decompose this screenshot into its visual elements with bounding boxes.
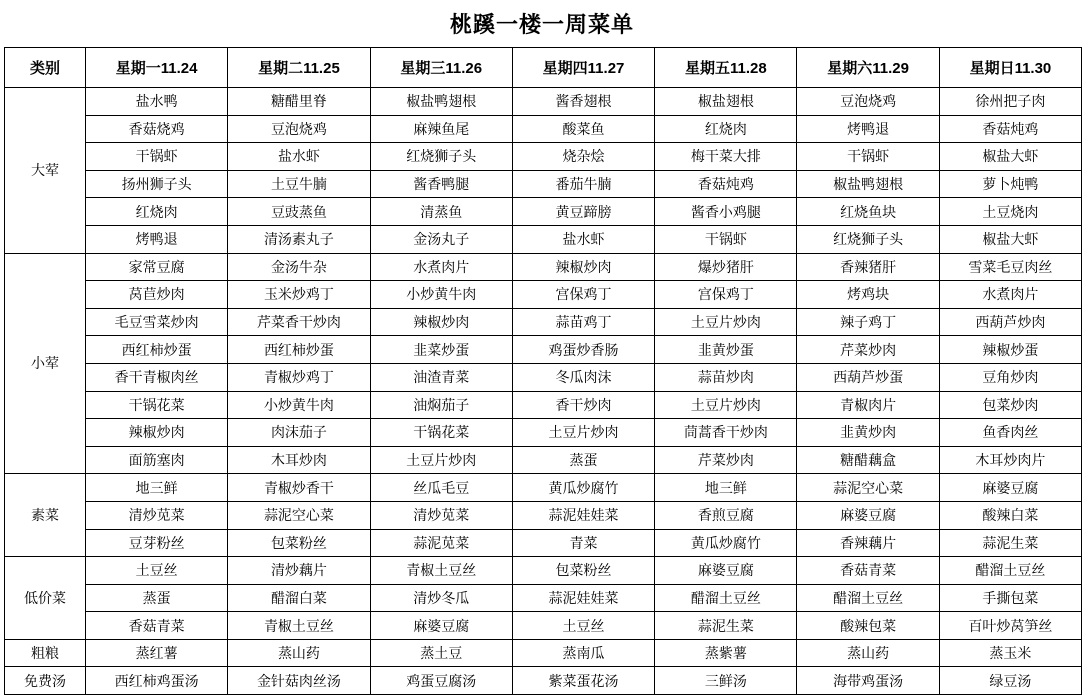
menu-row: 扬州狮子头土豆牛腩酱香鸭腿番茄牛腩香菇炖鸡椒盐鸭翅根萝卜炖鸭 xyxy=(5,170,1082,198)
dish-cell: 地三鲜 xyxy=(86,474,228,502)
dish-cell: 萝卜炖鸭 xyxy=(939,170,1081,198)
dish-cell: 蒸山药 xyxy=(797,639,939,667)
dish-cell: 小炒黄牛肉 xyxy=(228,391,370,419)
menu-row: 香菇青菜青椒土豆丝麻婆豆腐土豆丝蒜泥生菜酸辣包菜百叶炒莴笋丝 xyxy=(5,612,1082,640)
dish-cell: 豆角炒肉 xyxy=(939,363,1081,391)
menu-body: 大荤盐水鸭糖醋里脊椒盐鸭翅根酱香翅根椒盐翅根豆泡烧鸡徐州把子肉香菇烧鸡豆泡烧鸡麻… xyxy=(5,88,1082,695)
dish-cell: 烤鸭退 xyxy=(86,225,228,253)
dish-cell: 烧杂烩 xyxy=(512,143,654,171)
category-cell: 粗粮 xyxy=(5,639,86,667)
dish-cell: 青椒土豆丝 xyxy=(228,612,370,640)
menu-row: 香菇烧鸡豆泡烧鸡麻辣鱼尾酸菜鱼红烧肉烤鸭退香菇炖鸡 xyxy=(5,115,1082,143)
dish-cell: 面筋塞肉 xyxy=(86,446,228,474)
dish-cell: 百叶炒莴笋丝 xyxy=(939,612,1081,640)
dish-cell: 烤鸭退 xyxy=(797,115,939,143)
dish-cell: 紫菜蛋花汤 xyxy=(512,667,654,695)
dish-cell: 盐水鸭 xyxy=(86,88,228,116)
dish-cell: 黄豆蹄膀 xyxy=(512,198,654,226)
dish-cell: 黄瓜炒腐竹 xyxy=(512,474,654,502)
dish-cell: 扬州狮子头 xyxy=(86,170,228,198)
dish-cell: 青椒炒鸡丁 xyxy=(228,363,370,391)
dish-cell: 香煎豆腐 xyxy=(655,501,797,529)
dish-cell: 青椒土豆丝 xyxy=(370,557,512,585)
category-cell: 免费汤 xyxy=(5,667,86,695)
dish-cell: 蒸玉米 xyxy=(939,639,1081,667)
header-day-2: 星期二11.25 xyxy=(228,48,370,88)
dish-cell: 红烧肉 xyxy=(655,115,797,143)
menu-row: 小荤家常豆腐金汤牛杂水煮肉片辣椒炒肉爆炒猪肝香辣猪肝雪菜毛豆肉丝 xyxy=(5,253,1082,281)
dish-cell: 家常豆腐 xyxy=(86,253,228,281)
dish-cell: 宫保鸡丁 xyxy=(512,281,654,309)
menu-row: 辣椒炒肉肉沫茄子干锅花菜土豆片炒肉茼蒿香干炒肉韭黄炒肉鱼香肉丝 xyxy=(5,419,1082,447)
dish-cell: 酱香翅根 xyxy=(512,88,654,116)
dish-cell: 蒜泥空心菜 xyxy=(228,501,370,529)
dish-cell: 清汤素丸子 xyxy=(228,225,370,253)
dish-cell: 豆芽粉丝 xyxy=(86,529,228,557)
dish-cell: 雪菜毛豆肉丝 xyxy=(939,253,1081,281)
dish-cell: 辣子鸡丁 xyxy=(797,308,939,336)
dish-cell: 红烧鱼块 xyxy=(797,198,939,226)
dish-cell: 麻婆豆腐 xyxy=(370,612,512,640)
header-day-3: 星期三11.26 xyxy=(370,48,512,88)
dish-cell: 糖醋藕盒 xyxy=(797,446,939,474)
dish-cell: 辣椒炒肉 xyxy=(512,253,654,281)
dish-cell: 青菜 xyxy=(512,529,654,557)
dish-cell: 盐水虾 xyxy=(512,225,654,253)
dish-cell: 鱼香肉丝 xyxy=(939,419,1081,447)
dish-cell: 土豆片炒肉 xyxy=(655,308,797,336)
dish-cell: 干锅虾 xyxy=(655,225,797,253)
dish-cell: 椒盐鸭翅根 xyxy=(797,170,939,198)
dish-cell: 丝瓜毛豆 xyxy=(370,474,512,502)
dish-cell: 蒜泥生菜 xyxy=(939,529,1081,557)
dish-cell: 清蒸鱼 xyxy=(370,198,512,226)
dish-cell: 香菇烧鸡 xyxy=(86,115,228,143)
dish-cell: 红烧肉 xyxy=(86,198,228,226)
dish-cell: 蒸蛋 xyxy=(86,584,228,612)
dish-cell: 西红柿鸡蛋汤 xyxy=(86,667,228,695)
dish-cell: 黄瓜炒腐竹 xyxy=(655,529,797,557)
dish-cell: 金针菇肉丝汤 xyxy=(228,667,370,695)
dish-cell: 木耳炒肉 xyxy=(228,446,370,474)
dish-cell: 酸辣白菜 xyxy=(939,501,1081,529)
dish-cell: 香菇青菜 xyxy=(86,612,228,640)
dish-cell: 椒盐鸭翅根 xyxy=(370,88,512,116)
dish-cell: 玉米炒鸡丁 xyxy=(228,281,370,309)
dish-cell: 蒸红薯 xyxy=(86,639,228,667)
dish-cell: 糖醋里脊 xyxy=(228,88,370,116)
dish-cell: 香干青椒肉丝 xyxy=(86,363,228,391)
dish-cell: 红烧狮子头 xyxy=(370,143,512,171)
dish-cell: 香辣藕片 xyxy=(797,529,939,557)
menu-title: 桃蹊一楼一周菜单 xyxy=(450,8,634,39)
menu-row: 清炒苋菜蒜泥空心菜清炒苋菜蒜泥娃娃菜香煎豆腐麻婆豆腐酸辣白菜 xyxy=(5,501,1082,529)
dish-cell: 手撕包菜 xyxy=(939,584,1081,612)
dish-cell: 蒸紫薯 xyxy=(655,639,797,667)
dish-cell: 辣椒炒肉 xyxy=(370,308,512,336)
dish-cell: 盐水虾 xyxy=(228,143,370,171)
dish-cell: 烤鸡块 xyxy=(797,281,939,309)
dish-cell: 香菇炖鸡 xyxy=(655,170,797,198)
dish-cell: 韭黄炒蛋 xyxy=(655,336,797,364)
dish-cell: 土豆牛腩 xyxy=(228,170,370,198)
dish-cell: 清炒冬瓜 xyxy=(370,584,512,612)
header-day-7: 星期日11.30 xyxy=(939,48,1081,88)
category-cell: 小荤 xyxy=(5,253,86,474)
dish-cell: 芹菜炒肉 xyxy=(655,446,797,474)
dish-cell: 芹菜炒肉 xyxy=(797,336,939,364)
dish-cell: 清炒藕片 xyxy=(228,557,370,585)
header-day-6: 星期六11.29 xyxy=(797,48,939,88)
dish-cell: 香菇炖鸡 xyxy=(939,115,1081,143)
dish-cell: 鸡蛋炒香肠 xyxy=(512,336,654,364)
dish-cell: 韭菜炒蛋 xyxy=(370,336,512,364)
menu-row: 干锅虾盐水虾红烧狮子头烧杂烩梅干菜大排干锅虾椒盐大虾 xyxy=(5,143,1082,171)
dish-cell: 西红柿炒蛋 xyxy=(228,336,370,364)
dish-cell: 三鲜汤 xyxy=(655,667,797,695)
category-cell: 低价菜 xyxy=(5,557,86,640)
dish-cell: 醋溜土豆丝 xyxy=(797,584,939,612)
dish-cell: 包菜粉丝 xyxy=(512,557,654,585)
dish-cell: 油渣青菜 xyxy=(370,363,512,391)
menu-row: 面筋塞肉木耳炒肉土豆片炒肉蒸蛋芹菜炒肉糖醋藕盒木耳炒肉片 xyxy=(5,446,1082,474)
dish-cell: 韭黄炒肉 xyxy=(797,419,939,447)
dish-cell: 香菇青菜 xyxy=(797,557,939,585)
dish-cell: 芹菜香干炒肉 xyxy=(228,308,370,336)
menu-row: 烤鸭退清汤素丸子金汤丸子盐水虾干锅虾红烧狮子头椒盐大虾 xyxy=(5,225,1082,253)
dish-cell: 醋溜土豆丝 xyxy=(939,557,1081,585)
menu-row: 红烧肉豆豉蒸鱼清蒸鱼黄豆蹄膀酱香小鸡腿红烧鱼块土豆烧肉 xyxy=(5,198,1082,226)
dish-cell: 番茄牛腩 xyxy=(512,170,654,198)
dish-cell: 土豆片炒肉 xyxy=(655,391,797,419)
dish-cell: 干锅虾 xyxy=(86,143,228,171)
menu-page: 桃蹊一楼一周菜单 类别星期一11.24星期二11.25星期三11.26星期四11… xyxy=(0,0,1084,696)
dish-cell: 醋溜白菜 xyxy=(228,584,370,612)
dish-cell: 肉沫茄子 xyxy=(228,419,370,447)
dish-cell: 椒盐大虾 xyxy=(939,225,1081,253)
dish-cell: 酸辣包菜 xyxy=(797,612,939,640)
dish-cell: 青椒肉片 xyxy=(797,391,939,419)
dish-cell: 蒜苗炒肉 xyxy=(655,363,797,391)
dish-cell: 清炒苋菜 xyxy=(86,501,228,529)
dish-cell: 油焖茄子 xyxy=(370,391,512,419)
dish-cell: 麻辣鱼尾 xyxy=(370,115,512,143)
dish-cell: 蒜泥娃娃菜 xyxy=(512,501,654,529)
dish-cell: 酱香鸭腿 xyxy=(370,170,512,198)
menu-row: 素菜地三鲜青椒炒香干丝瓜毛豆黄瓜炒腐竹地三鲜蒜泥空心菜麻婆豆腐 xyxy=(5,474,1082,502)
dish-cell: 金汤丸子 xyxy=(370,225,512,253)
header-day-1: 星期一11.24 xyxy=(86,48,228,88)
dish-cell: 鸡蛋豆腐汤 xyxy=(370,667,512,695)
dish-cell: 土豆烧肉 xyxy=(939,198,1081,226)
header-category: 类别 xyxy=(5,48,86,88)
dish-cell: 宫保鸡丁 xyxy=(655,281,797,309)
header-row: 类别星期一11.24星期二11.25星期三11.26星期四11.27星期五11.… xyxy=(5,48,1082,88)
dish-cell: 红烧狮子头 xyxy=(797,225,939,253)
dish-cell: 干锅花菜 xyxy=(370,419,512,447)
dish-cell: 绿豆汤 xyxy=(939,667,1081,695)
dish-cell: 冬瓜肉沫 xyxy=(512,363,654,391)
dish-cell: 莴苣炒肉 xyxy=(86,281,228,309)
dish-cell: 酸菜鱼 xyxy=(512,115,654,143)
dish-cell: 爆炒猪肝 xyxy=(655,253,797,281)
menu-row: 西红柿炒蛋西红柿炒蛋韭菜炒蛋鸡蛋炒香肠韭黄炒蛋芹菜炒肉辣椒炒蛋 xyxy=(5,336,1082,364)
dish-cell: 西葫芦炒肉 xyxy=(939,308,1081,336)
header-day-4: 星期四11.27 xyxy=(512,48,654,88)
dish-cell: 毛豆雪菜炒肉 xyxy=(86,308,228,336)
menu-row: 蒸蛋醋溜白菜清炒冬瓜蒜泥娃娃菜醋溜土豆丝醋溜土豆丝手撕包菜 xyxy=(5,584,1082,612)
header-day-5: 星期五11.28 xyxy=(655,48,797,88)
dish-cell: 香辣猪肝 xyxy=(797,253,939,281)
dish-cell: 梅干菜大排 xyxy=(655,143,797,171)
dish-cell: 辣椒炒肉 xyxy=(86,419,228,447)
menu-row: 香干青椒肉丝青椒炒鸡丁油渣青菜冬瓜肉沫蒜苗炒肉西葫芦炒蛋豆角炒肉 xyxy=(5,363,1082,391)
dish-cell: 蒜泥娃娃菜 xyxy=(512,584,654,612)
dish-cell: 海带鸡蛋汤 xyxy=(797,667,939,695)
dish-cell: 蒜泥生菜 xyxy=(655,612,797,640)
dish-cell: 蒸蛋 xyxy=(512,446,654,474)
category-cell: 素菜 xyxy=(5,474,86,557)
dish-cell: 蒸山药 xyxy=(228,639,370,667)
dish-cell: 土豆丝 xyxy=(86,557,228,585)
menu-row: 粗粮蒸红薯蒸山药蒸土豆蒸南瓜蒸紫薯蒸山药蒸玉米 xyxy=(5,639,1082,667)
menu-row: 低价菜土豆丝清炒藕片青椒土豆丝包菜粉丝麻婆豆腐香菇青菜醋溜土豆丝 xyxy=(5,557,1082,585)
category-cell: 大荤 xyxy=(5,88,86,254)
dish-cell: 木耳炒肉片 xyxy=(939,446,1081,474)
dish-cell: 水煮肉片 xyxy=(939,281,1081,309)
menu-row: 干锅花菜小炒黄牛肉油焖茄子香干炒肉土豆片炒肉青椒肉片包菜炒肉 xyxy=(5,391,1082,419)
menu-table: 类别星期一11.24星期二11.25星期三11.26星期四11.27星期五11.… xyxy=(4,47,1082,695)
menu-row: 大荤盐水鸭糖醋里脊椒盐鸭翅根酱香翅根椒盐翅根豆泡烧鸡徐州把子肉 xyxy=(5,88,1082,116)
dish-cell: 干锅花菜 xyxy=(86,391,228,419)
dish-cell: 西葫芦炒蛋 xyxy=(797,363,939,391)
menu-row: 豆芽粉丝包菜粉丝蒜泥苋菜青菜黄瓜炒腐竹香辣藕片蒜泥生菜 xyxy=(5,529,1082,557)
dish-cell: 金汤牛杂 xyxy=(228,253,370,281)
title-bar: 桃蹊一楼一周菜单 xyxy=(0,0,1084,47)
dish-cell: 包菜炒肉 xyxy=(939,391,1081,419)
dish-cell: 椒盐大虾 xyxy=(939,143,1081,171)
dish-cell: 茼蒿香干炒肉 xyxy=(655,419,797,447)
menu-row: 莴苣炒肉玉米炒鸡丁小炒黄牛肉宫保鸡丁宫保鸡丁烤鸡块水煮肉片 xyxy=(5,281,1082,309)
dish-cell: 麻婆豆腐 xyxy=(797,501,939,529)
dish-cell: 豆泡烧鸡 xyxy=(228,115,370,143)
dish-cell: 小炒黄牛肉 xyxy=(370,281,512,309)
dish-cell: 豆豉蒸鱼 xyxy=(228,198,370,226)
dish-cell: 椒盐翅根 xyxy=(655,88,797,116)
dish-cell: 香干炒肉 xyxy=(512,391,654,419)
dish-cell: 包菜粉丝 xyxy=(228,529,370,557)
dish-cell: 土豆片炒肉 xyxy=(512,419,654,447)
dish-cell: 水煮肉片 xyxy=(370,253,512,281)
dish-cell: 土豆片炒肉 xyxy=(370,446,512,474)
dish-cell: 土豆丝 xyxy=(512,612,654,640)
dish-cell: 青椒炒香干 xyxy=(228,474,370,502)
dish-cell: 辣椒炒蛋 xyxy=(939,336,1081,364)
dish-cell: 酱香小鸡腿 xyxy=(655,198,797,226)
dish-cell: 豆泡烧鸡 xyxy=(797,88,939,116)
dish-cell: 蒜泥空心菜 xyxy=(797,474,939,502)
dish-cell: 徐州把子肉 xyxy=(939,88,1081,116)
dish-cell: 蒸土豆 xyxy=(370,639,512,667)
dish-cell: 清炒苋菜 xyxy=(370,501,512,529)
menu-row: 毛豆雪菜炒肉芹菜香干炒肉辣椒炒肉蒜苗鸡丁土豆片炒肉辣子鸡丁西葫芦炒肉 xyxy=(5,308,1082,336)
dish-cell: 干锅虾 xyxy=(797,143,939,171)
dish-cell: 蒸南瓜 xyxy=(512,639,654,667)
dish-cell: 麻婆豆腐 xyxy=(939,474,1081,502)
dish-cell: 醋溜土豆丝 xyxy=(655,584,797,612)
dish-cell: 蒜泥苋菜 xyxy=(370,529,512,557)
dish-cell: 麻婆豆腐 xyxy=(655,557,797,585)
dish-cell: 地三鲜 xyxy=(655,474,797,502)
dish-cell: 西红柿炒蛋 xyxy=(86,336,228,364)
menu-row: 免费汤西红柿鸡蛋汤金针菇肉丝汤鸡蛋豆腐汤紫菜蛋花汤三鲜汤海带鸡蛋汤绿豆汤 xyxy=(5,667,1082,695)
dish-cell: 蒜苗鸡丁 xyxy=(512,308,654,336)
